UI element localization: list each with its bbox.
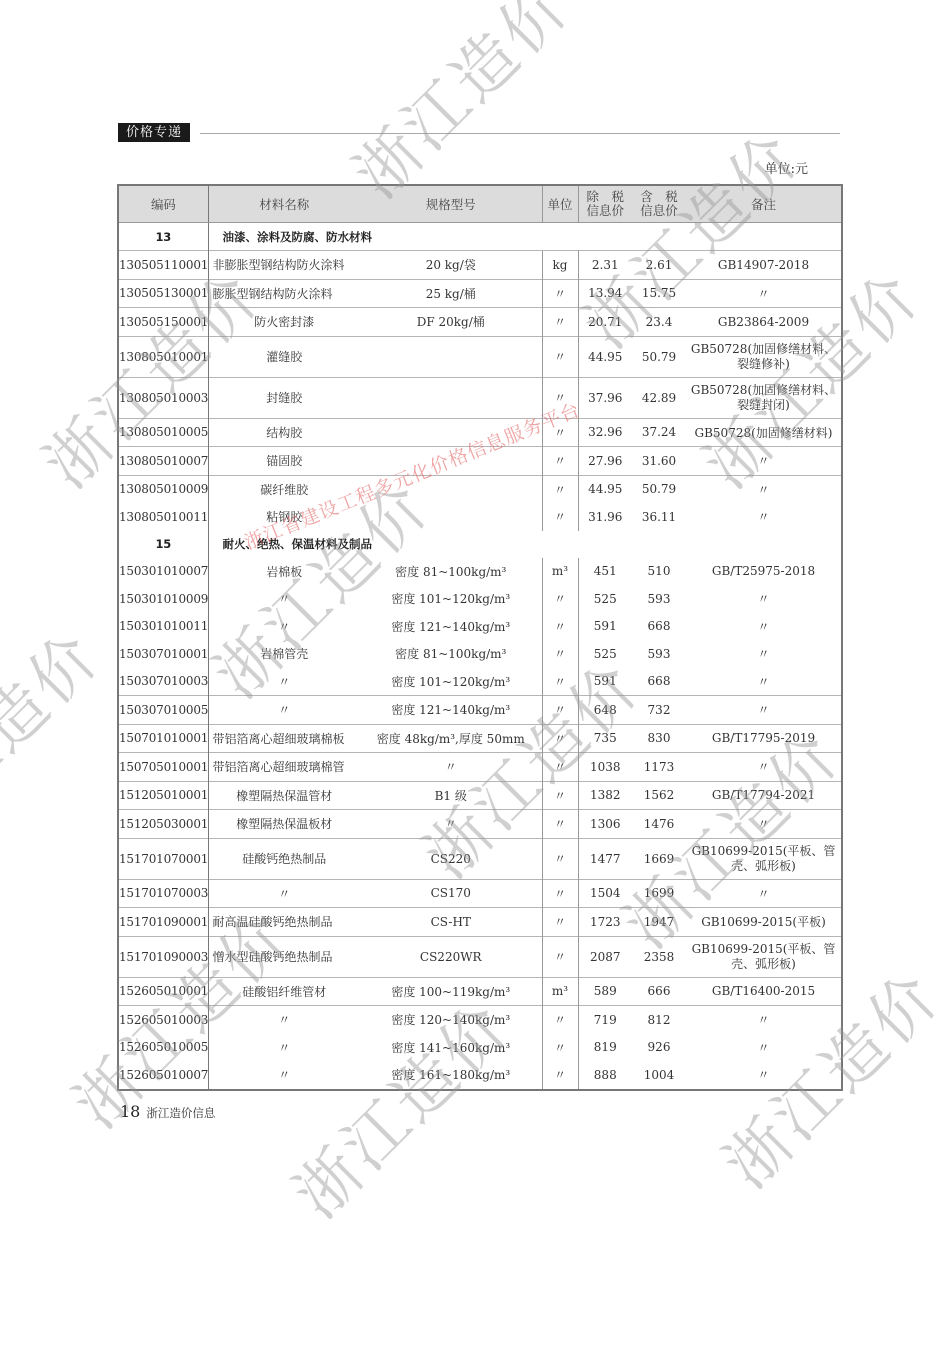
col-name: 材料名称 [208,185,360,223]
cell-price-ex-tax: 591 [578,668,632,696]
cell-price-inc-tax: 1004 [632,1061,686,1090]
cell-name: 灌缝胶 [208,336,360,377]
cell-code: 152605010001 [118,977,208,1006]
cell-spec [360,475,542,503]
cell-price-inc-tax: 1699 [632,879,686,908]
cell-unit: 〃 [542,753,578,782]
cell-remark: GB/T25975-2018 [686,558,842,586]
cell-price-inc-tax: 15.75 [632,279,686,308]
cell-price-inc-tax: 1669 [632,838,686,879]
cell-remark: 〃 [686,279,842,308]
cell-spec: 密度 48kg/m³,厚度 50mm [360,724,542,753]
cell-code: 150301010009 [118,585,208,613]
cell-spec: 密度 81~100kg/m³ [360,558,542,586]
cell-price-ex-tax: 1504 [578,879,632,908]
col-remark: 备注 [686,185,842,223]
cell-code: 130505150001 [118,308,208,337]
cell-price-ex-tax: 1038 [578,753,632,782]
category-code: 15 [118,531,208,558]
cell-spec: 25 kg/桶 [360,279,542,308]
cell-unit: 〃 [542,377,578,418]
cell-name: 防火密封漆 [208,308,360,337]
cell-remark: GB10699-2015(平板) [686,908,842,937]
table-row: 150705010001带铝箔离心超细玻璃棉管〃〃10381173〃 [118,753,842,782]
cell-unit: 〃 [542,908,578,937]
cell-code: 130505110001 [118,251,208,280]
cell-price-ex-tax: 591 [578,613,632,641]
table-row: 150701010001带铝箔离心超细玻璃棉板密度 48kg/m³,厚度 50m… [118,724,842,753]
cell-code: 150307010001 [118,640,208,668]
table-row: 150307010003〃密度 101~120kg/m³〃591668〃 [118,668,842,696]
cell-spec [360,336,542,377]
cell-price-inc-tax: 510 [632,558,686,586]
cell-price-inc-tax: 31.60 [632,447,686,476]
col-price-inc-tax-line1: 含 税 [640,189,678,204]
cell-price-inc-tax: 23.4 [632,308,686,337]
table-row: 130805010003封缝胶〃37.9642.89GB50728(加固修缮材料… [118,377,842,418]
cell-remark: 〃 [686,447,842,476]
cell-spec [360,418,542,447]
cell-code: 151701070003 [118,879,208,908]
cell-code: 130505130001 [118,279,208,308]
table-body: 13油漆、涂料及防腐、防水材料130505110001非膨胀型钢结构防火涂料20… [118,223,842,1090]
cell-code: 150705010001 [118,753,208,782]
cell-remark: 〃 [686,503,842,531]
cell-price-ex-tax: 44.95 [578,336,632,377]
cell-name: 粘钢胶 [208,503,360,531]
table-row: 152605010001硅酸铝纤维管材密度 100~119kg/m³m³5896… [118,977,842,1006]
table-header: 编码 材料名称 规格型号 单位 除 税 信息价 含 税 信息价 备注 [118,185,842,223]
col-price-inc-tax: 含 税 信息价 [632,185,686,223]
cell-code: 151205010001 [118,781,208,810]
cell-spec: CS-HT [360,908,542,937]
cell-name: 耐高温硅酸钙绝热制品 [208,908,360,937]
cell-name: 〃 [208,668,360,696]
cell-price-ex-tax: 525 [578,640,632,668]
cell-remark: 〃 [686,879,842,908]
cell-name: 〃 [208,585,360,613]
cell-code: 150701010001 [118,724,208,753]
price-table: 编码 材料名称 规格型号 单位 除 税 信息价 含 税 信息价 备注 13油漆、… [117,184,843,1091]
cell-unit: 〃 [542,613,578,641]
cell-unit: 〃 [542,696,578,725]
unit-note: 单位:元 [765,158,808,177]
cell-price-ex-tax: 589 [578,977,632,1006]
table-row: 152605010003〃密度 120~140kg/m³〃719812〃 [118,1006,842,1034]
cell-name: 〃 [208,879,360,908]
cell-remark: 〃 [686,585,842,613]
cell-price-inc-tax: 50.79 [632,475,686,503]
category-title: 油漆、涂料及防腐、防水材料 [208,223,842,251]
cell-spec: 密度 100~119kg/m³ [360,977,542,1006]
cell-remark: 〃 [686,810,842,839]
cell-price-inc-tax: 1947 [632,908,686,937]
cell-unit: m³ [542,977,578,1006]
cell-remark: 〃 [686,1061,842,1090]
cell-code: 150307010003 [118,668,208,696]
cell-unit: 〃 [542,1006,578,1034]
cell-name: 岩棉管壳 [208,640,360,668]
cell-remark: 〃 [686,640,842,668]
cell-name: 锚固胶 [208,447,360,476]
cell-name: 封缝胶 [208,377,360,418]
cell-spec: 20 kg/袋 [360,251,542,280]
cell-price-ex-tax: 13.94 [578,279,632,308]
header-rule [200,133,840,134]
cell-unit: 〃 [542,879,578,908]
cell-name: 〃 [208,1006,360,1034]
cell-unit: 〃 [542,781,578,810]
cell-price-ex-tax: 888 [578,1061,632,1090]
cell-price-inc-tax: 2.61 [632,251,686,280]
cell-price-inc-tax: 830 [632,724,686,753]
cell-spec: 密度 121~140kg/m³ [360,613,542,641]
cell-price-inc-tax: 812 [632,1006,686,1034]
cell-remark: GB10699-2015(平板、管壳、弧形板) [686,838,842,879]
cell-price-ex-tax: 819 [578,1034,632,1062]
table-row: 152605010005〃密度 141~160kg/m³〃819926〃 [118,1034,842,1062]
cell-spec [360,503,542,531]
cell-code: 152605010003 [118,1006,208,1034]
cell-unit: 〃 [542,585,578,613]
cell-remark: 〃 [686,1006,842,1034]
cell-price-ex-tax: 44.95 [578,475,632,503]
cell-price-ex-tax: 1306 [578,810,632,839]
category-row: 15耐火、绝热、保温材料及制品 [118,531,842,558]
cell-unit: 〃 [542,936,578,977]
cell-remark: GB10699-2015(平板、管壳、弧形板) [686,936,842,977]
cell-price-ex-tax: 1382 [578,781,632,810]
cell-code: 150301010011 [118,613,208,641]
cell-spec: CS220 [360,838,542,879]
cell-name: 岩棉板 [208,558,360,586]
cell-remark: 〃 [686,613,842,641]
category-row: 13油漆、涂料及防腐、防水材料 [118,223,842,251]
cell-unit: 〃 [542,1034,578,1062]
table-row: 151205010001橡塑隔热保温管材B1 级〃13821562GB/T177… [118,781,842,810]
cell-spec [360,377,542,418]
cell-name: 〃 [208,613,360,641]
table-row: 130805010005结构胶〃32.9637.24GB50728(加固修缮材料… [118,418,842,447]
col-price-inc-tax-line2: 信息价 [640,203,678,218]
cell-code: 130805010007 [118,447,208,476]
cell-name: 碳纤维胶 [208,475,360,503]
col-unit: 单位 [542,185,578,223]
cell-price-ex-tax: 2.31 [578,251,632,280]
section-tag: 价格专递 [118,123,190,142]
cell-remark: 〃 [686,696,842,725]
cell-price-ex-tax: 735 [578,724,632,753]
table-row: 152605010007〃密度 161~180kg/m³〃8881004〃 [118,1061,842,1090]
cell-price-inc-tax: 42.89 [632,377,686,418]
cell-remark: GB/T17794-2021 [686,781,842,810]
table-row: 130505110001非膨胀型钢结构防火涂料20 kg/袋kg2.312.61… [118,251,842,280]
cell-unit: 〃 [542,279,578,308]
table-row: 130505150001防火密封漆DF 20kg/桶〃20.7123.4GB23… [118,308,842,337]
cell-unit: 〃 [542,640,578,668]
cell-name: 带铝箔离心超细玻璃棉板 [208,724,360,753]
cell-name: 〃 [208,1061,360,1090]
cell-code: 152605010007 [118,1061,208,1090]
cell-code: 130805010009 [118,475,208,503]
cell-code: 130805010001 [118,336,208,377]
cell-price-ex-tax: 2087 [578,936,632,977]
cell-name: 橡塑隔热保温管材 [208,781,360,810]
cell-price-inc-tax: 2358 [632,936,686,977]
table-row: 150301010011〃密度 121~140kg/m³〃591668〃 [118,613,842,641]
cell-spec: CS170 [360,879,542,908]
cell-unit: 〃 [542,668,578,696]
cell-code: 150301010007 [118,558,208,586]
cell-price-ex-tax: 1477 [578,838,632,879]
category-code: 13 [118,223,208,251]
cell-price-inc-tax: 50.79 [632,336,686,377]
cell-price-inc-tax: 37.24 [632,418,686,447]
cell-code: 130805010011 [118,503,208,531]
cell-spec: 密度 161~180kg/m³ [360,1061,542,1090]
cell-spec: 〃 [360,753,542,782]
category-title: 耐火、绝热、保温材料及制品 [208,531,842,558]
page-footer: 18浙江造价信息 [120,1102,215,1121]
cell-price-inc-tax: 666 [632,977,686,1006]
cell-spec: DF 20kg/桶 [360,308,542,337]
cell-name: 〃 [208,1034,360,1062]
cell-name: 带铝箔离心超细玻璃棉管 [208,753,360,782]
cell-name: 非膨胀型钢结构防火涂料 [208,251,360,280]
cell-price-ex-tax: 525 [578,585,632,613]
table-row: 151701070001硅酸钙绝热制品CS220〃14771669GB10699… [118,838,842,879]
cell-price-ex-tax: 20.71 [578,308,632,337]
cell-remark: GB/T16400-2015 [686,977,842,1006]
cell-spec: 密度 120~140kg/m³ [360,1006,542,1034]
page-number: 18 [120,1102,140,1121]
table-row: 151205030001橡塑隔热保温板材〃〃13061476〃 [118,810,842,839]
cell-unit: m³ [542,558,578,586]
cell-spec: B1 级 [360,781,542,810]
cell-price-inc-tax: 1476 [632,810,686,839]
cell-name: 硅酸钙绝热制品 [208,838,360,879]
cell-unit: 〃 [542,308,578,337]
cell-price-ex-tax: 451 [578,558,632,586]
cell-unit: 〃 [542,838,578,879]
cell-remark: 〃 [686,475,842,503]
cell-price-inc-tax: 926 [632,1034,686,1062]
cell-code: 151701090001 [118,908,208,937]
cell-price-inc-tax: 593 [632,640,686,668]
cell-unit: kg [542,251,578,280]
cell-spec: 密度 141~160kg/m³ [360,1034,542,1062]
table-row: 151701090001耐高温硅酸钙绝热制品CS-HT〃17231947GB10… [118,908,842,937]
cell-remark: GB14907-2018 [686,251,842,280]
cell-unit: 〃 [542,447,578,476]
cell-remark: 〃 [686,668,842,696]
cell-price-inc-tax: 732 [632,696,686,725]
cell-price-ex-tax: 32.96 [578,418,632,447]
cell-code: 151701070001 [118,838,208,879]
cell-name: 橡塑隔热保温板材 [208,810,360,839]
table-row: 150301010007岩棉板密度 81~100kg/m³m³451510GB/… [118,558,842,586]
table-row: 151701090003憎水型硅酸钙绝热制品CS220WR〃20872358GB… [118,936,842,977]
col-price-ex-tax-line1: 除 税 [586,189,624,204]
cell-code: 130805010005 [118,418,208,447]
cell-remark: GB/T17795-2019 [686,724,842,753]
cell-price-inc-tax: 668 [632,668,686,696]
table-row: 130805010001灌缝胶〃44.9550.79GB50728(加固修缮材料… [118,336,842,377]
cell-remark: GB50728(加固修缮材料) [686,418,842,447]
cell-spec [360,447,542,476]
cell-unit: 〃 [542,418,578,447]
watermark: 浙江造价 [330,0,587,215]
cell-price-ex-tax: 648 [578,696,632,725]
cell-unit: 〃 [542,475,578,503]
cell-name: 结构胶 [208,418,360,447]
cell-spec: 〃 [360,810,542,839]
watermark: 浙江造价 [0,608,117,865]
cell-remark: GB23864-2009 [686,308,842,337]
cell-code: 152605010005 [118,1034,208,1062]
table-row: 150301010009〃密度 101~120kg/m³〃525593〃 [118,585,842,613]
cell-name: 硅酸铝纤维管材 [208,977,360,1006]
col-spec: 规格型号 [360,185,542,223]
cell-spec: 密度 121~140kg/m³ [360,696,542,725]
cell-price-inc-tax: 593 [632,585,686,613]
cell-unit: 〃 [542,810,578,839]
table-row: 150307010001岩棉管壳密度 81~100kg/m³〃525593〃 [118,640,842,668]
cell-spec: CS220WR [360,936,542,977]
cell-price-inc-tax: 668 [632,613,686,641]
cell-code: 151205030001 [118,810,208,839]
cell-name: 憎水型硅酸钙绝热制品 [208,936,360,977]
cell-price-inc-tax: 36.11 [632,503,686,531]
col-price-ex-tax-line2: 信息价 [586,203,624,218]
cell-price-inc-tax: 1173 [632,753,686,782]
cell-spec: 密度 101~120kg/m³ [360,585,542,613]
cell-name: 膨胀型钢结构防火涂料 [208,279,360,308]
cell-unit: 〃 [542,503,578,531]
col-code: 编码 [118,185,208,223]
cell-remark: GB50728(加固修缮材料、裂缝封闭) [686,377,842,418]
cell-unit: 〃 [542,1061,578,1090]
table-row: 130805010011粘钢胶〃31.9636.11〃 [118,503,842,531]
publication-name: 浙江造价信息 [146,1106,215,1120]
col-price-ex-tax: 除 税 信息价 [578,185,632,223]
cell-code: 150307010005 [118,696,208,725]
cell-price-ex-tax: 27.96 [578,447,632,476]
cell-unit: 〃 [542,336,578,377]
cell-name: 〃 [208,696,360,725]
table-row: 130505130001膨胀型钢结构防火涂料25 kg/桶〃13.9415.75… [118,279,842,308]
cell-price-ex-tax: 37.96 [578,377,632,418]
cell-code: 130805010003 [118,377,208,418]
cell-code: 151701090003 [118,936,208,977]
cell-remark: 〃 [686,1034,842,1062]
table-row: 150307010005〃密度 121~140kg/m³〃648732〃 [118,696,842,725]
cell-spec: 密度 81~100kg/m³ [360,640,542,668]
cell-price-ex-tax: 1723 [578,908,632,937]
cell-price-inc-tax: 1562 [632,781,686,810]
table-row: 130805010009碳纤维胶〃44.9550.79〃 [118,475,842,503]
cell-price-ex-tax: 719 [578,1006,632,1034]
cell-remark: 〃 [686,753,842,782]
table-row: 151701070003〃CS170〃15041699〃 [118,879,842,908]
cell-spec: 密度 101~120kg/m³ [360,668,542,696]
cell-unit: 〃 [542,724,578,753]
cell-price-ex-tax: 31.96 [578,503,632,531]
cell-remark: GB50728(加固修缮材料、裂缝修补) [686,336,842,377]
table-row: 130805010007锚固胶〃27.9631.60〃 [118,447,842,476]
